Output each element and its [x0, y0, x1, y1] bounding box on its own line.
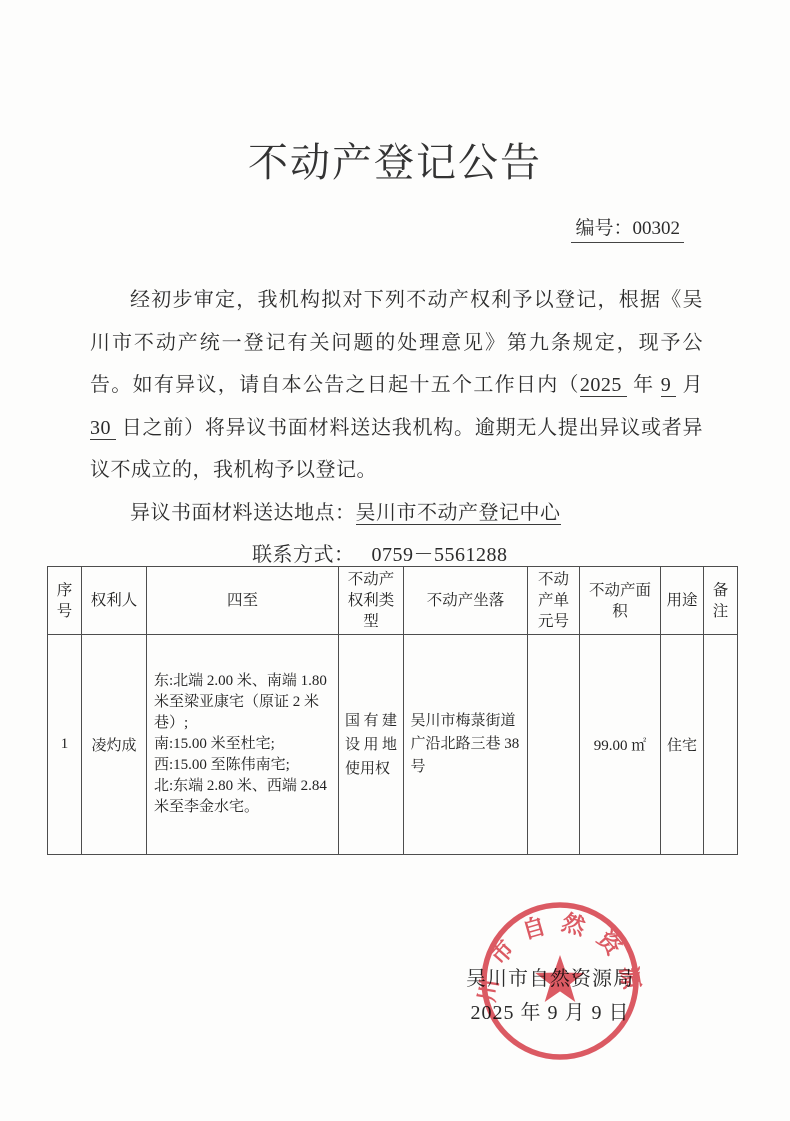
location-text: 吴川市梅菉街道广沿北路三巷 38 号 [411, 710, 521, 779]
cell-unit-no [528, 635, 580, 855]
boundary-east: 东:北端 2.00 米、南端 1.80 米至梁亚康宅（原证 2 米巷）; [154, 671, 331, 734]
col-header-location: 不动产坐落 [404, 567, 528, 635]
deadline-year: 2025 [580, 374, 627, 397]
doc-number: 编号：00302 [571, 213, 684, 243]
col-header-right-type: 不动产权利类型 [339, 567, 404, 635]
table-header-row: 序号 权利人 四至 不动产权利类型 不动产坐落 不动产单元号 不动产面积 用途 … [48, 567, 738, 635]
doc-number-label: 编号： [575, 218, 632, 239]
announcement-page: 不动产登记公告 编号：00302 经初步审定，我机构拟对下列不动产权利予以登记，… [0, 0, 790, 1121]
table-row: 1 凌灼成 东:北端 2.00 米、南端 1.80 米至梁亚康宅（原证 2 米巷… [48, 635, 738, 855]
delivery-address-line: 异议书面材料送达地点：吴川市不动产登记中心 [90, 492, 703, 535]
registration-table: 序号 权利人 四至 不动产权利类型 不动产坐落 不动产单元号 不动产面积 用途 … [47, 566, 738, 855]
contact-phone: 0759－5561288 [355, 544, 528, 567]
cell-location: 吴川市梅菉街道广沿北路三巷 38 号 [404, 635, 528, 855]
cell-holder: 凌灼成 [82, 635, 147, 855]
boundary-west: 西:15.00 至陈伟南宅; [154, 755, 331, 776]
col-header-boundaries: 四至 [147, 567, 339, 635]
issuer-name: 吴川市自然资源局 [424, 962, 676, 996]
contact-label: 联系方式： [252, 544, 355, 566]
cell-boundaries: 东:北端 2.00 米、南端 1.80 米至梁亚康宅（原证 2 米巷）; 南:1… [147, 635, 339, 855]
col-header-seq: 序号 [48, 567, 82, 635]
deadline-month: 9 [661, 374, 677, 397]
cell-usage: 住宅 [661, 635, 704, 855]
signature-block: 吴川市自然资源局 2025 年 9 月 9 日 [424, 962, 676, 1030]
col-header-remark: 备注 [704, 567, 738, 635]
year-unit: 年 [627, 374, 661, 396]
announcement-body: 经初步审定，我机构拟对下列不动产权利予以登记，根据《吴川市不动产统一登记有关问题… [90, 279, 703, 577]
cell-right-type: 国有建设用地使用权 [339, 635, 404, 855]
main-paragraph: 经初步审定，我机构拟对下列不动产权利予以登记，根据《吴川市不动产统一登记有关问题… [90, 279, 703, 492]
day-suffix: 日之前） [116, 417, 205, 439]
col-header-holder: 权利人 [82, 567, 147, 635]
delivery-address-value: 吴川市不动产登记中心 [356, 502, 561, 525]
cell-remark [704, 635, 738, 855]
col-header-area: 不动产面积 [580, 567, 661, 635]
right-type-text: 国有建设用地使用权 [345, 709, 397, 781]
page-title: 不动产登记公告 [0, 131, 790, 188]
col-header-usage: 用途 [661, 567, 704, 635]
col-header-unit-no: 不动产单元号 [528, 567, 580, 635]
deadline-day: 30 [90, 417, 116, 440]
boundary-north: 北:东端 2.80 米、西端 2.84 米至李金水宅。 [154, 776, 331, 818]
boundary-south: 南:15.00 米至杜宅; [154, 734, 331, 755]
doc-number-value: 00302 [633, 218, 681, 239]
issue-date: 2025 年 9 月 9 日 [424, 996, 676, 1030]
cell-area: 99.00 ㎡ [580, 635, 661, 855]
cell-seq: 1 [48, 635, 82, 855]
month-unit: 月 [676, 374, 703, 396]
delivery-address-label: 异议书面材料送达地点： [130, 502, 356, 524]
